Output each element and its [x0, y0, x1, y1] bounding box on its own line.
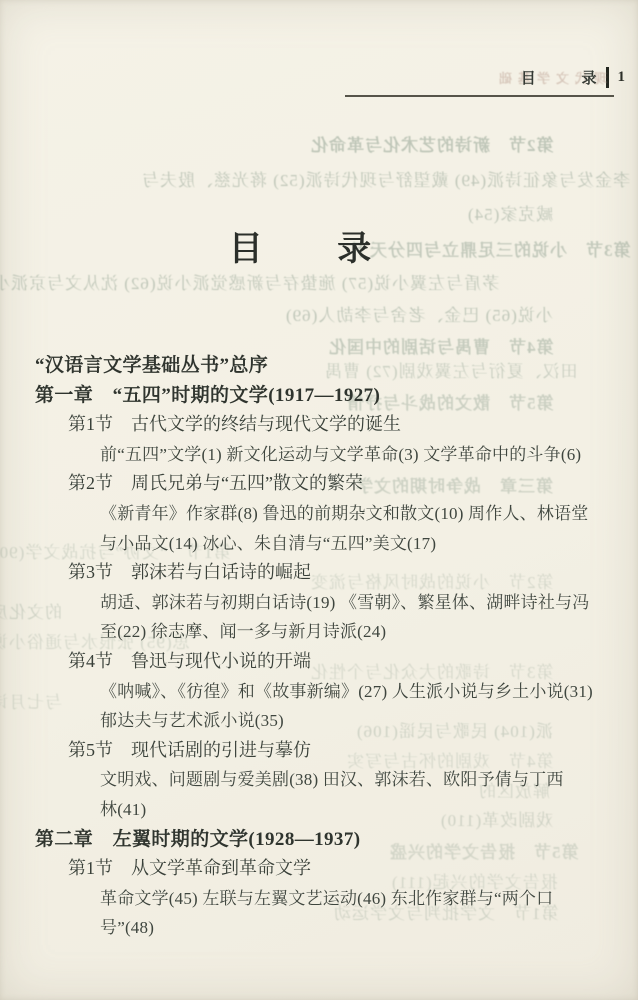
toc-list: “汉语言文学基础丛书”总序第一章 “五四”时期的文学(1917—1927)第1节… — [35, 351, 638, 943]
toc-entry: 文明戏、问题剧与爱美剧(38) 田汉、郭沫若、欧阳予倩与丁西 — [35, 765, 638, 795]
toc-entry: 第1节 从文学革命到革命文学 — [35, 854, 638, 884]
toc-entry: “汉语言文学基础丛书”总序 — [35, 351, 638, 381]
toc-entry: 《新青年》作家群(8) 鲁迅的前期杂文和散文(10) 周作人、林语堂 — [35, 499, 638, 529]
toc-entry: 至(22) 徐志摩、闻一多与新月诗派(24) — [35, 617, 638, 647]
toc-entry: 号”(48) — [35, 913, 638, 943]
toc-entry: 《呐喊》、《彷徨》和《故事新编》(27) 人生派小说与乡土小说(31) — [35, 677, 638, 707]
page-title: 目 录 — [0, 221, 638, 270]
toc-entry: 第3节 郭沫若与白话诗的崛起 — [35, 558, 638, 588]
header-rule — [345, 95, 614, 97]
toc-entry: 革命文学(45) 左联与左翼文艺运动(46) 东北作家群与“两个口 — [35, 884, 638, 914]
toc-entry: 胡适、郭沫若与初期白话诗(19) 《雪朝》、繁星体、湖畔诗社与冯 — [35, 588, 638, 618]
book-page: 第2节 新诗的艺术化与革命化李金发与象征诗派(49) 戴望舒与现代诗派(52) … — [0, 0, 638, 1000]
toc-entry: 第4节 鲁迅与现代小说的开端 — [35, 647, 638, 677]
toc-entry: 第1节 古代文学的终结与现代文学的诞生 — [35, 410, 638, 440]
bleedthrough-line: 李金发与象征诗派(49) 戴望舒与现代诗派(52) 蒋光慈、殷夫与 — [141, 166, 630, 191]
toc-entry: 第2节 周氏兄弟与“五四”散文的繁荣 — [35, 469, 638, 499]
page-number: 1 — [618, 69, 626, 86]
toc-entry: 第一章 “五四”时期的文学(1917—1927) — [35, 381, 638, 411]
running-title: 目 录 — [521, 67, 598, 88]
bleedthrough-line: 茅盾与左翼小说(57) 施蛰存与新感觉派小说(62) 沈从文与京派小 — [0, 269, 499, 294]
toc-entry: 郁达夫与艺术派小说(35) — [35, 706, 638, 736]
bleedthrough-line: 第2节 新诗的艺术化与革命化 — [310, 131, 554, 156]
toc-entry: 第二章 左翼时期的文学(1928—1937) — [35, 825, 638, 855]
toc-entry: 与小品文(14) 冰心、朱自清与“五四”美文(17) — [35, 529, 638, 559]
toc-entry: 第5节 现代话剧的引进与摹仿 — [35, 736, 638, 766]
toc-entry: 林(41) — [35, 795, 638, 825]
bleedthrough-line: 小说(65) 巴金、老舍与李劼人(69) — [285, 301, 553, 326]
toc-entry: 前“五四”文学(1) 新文化运动与文学革命(3) 文学革命中的斗争(6) — [35, 440, 638, 470]
running-header: 现代文学基础 目 录 1 — [0, 64, 625, 98]
